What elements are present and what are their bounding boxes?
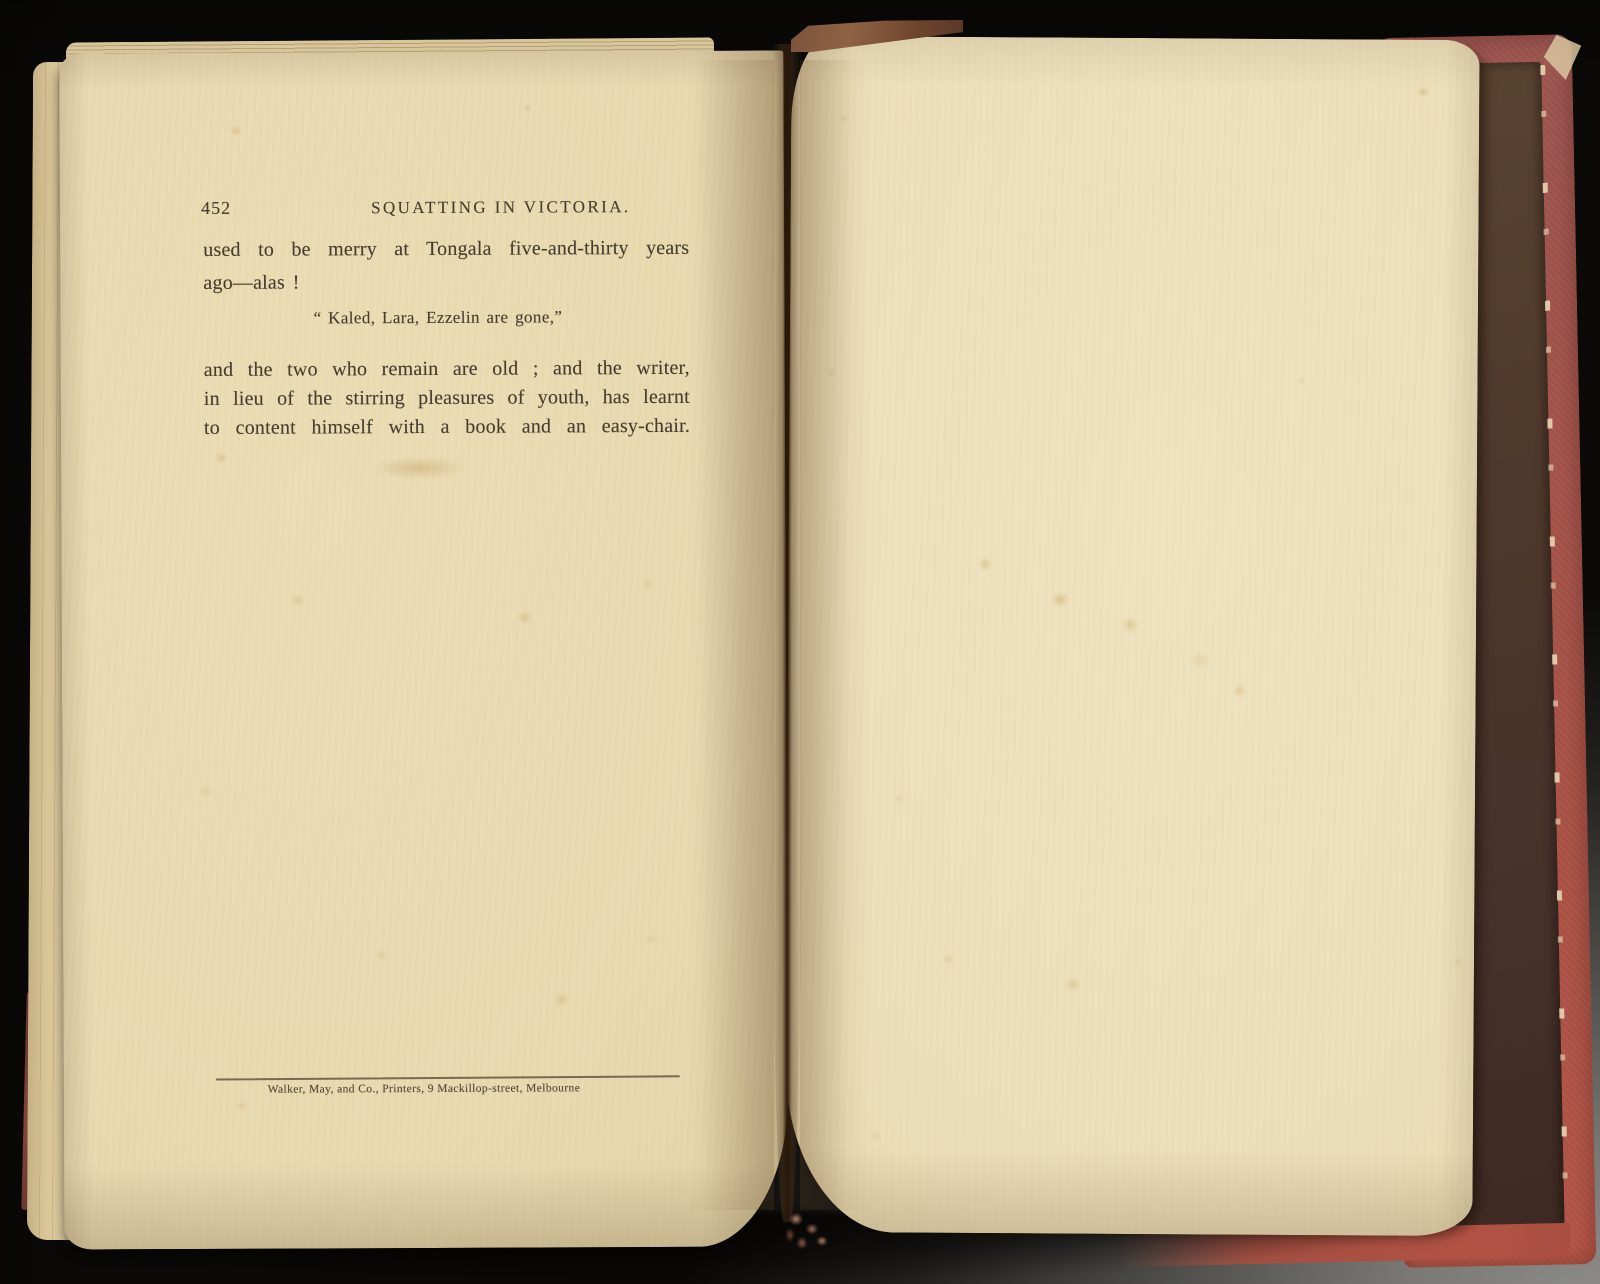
worn-cover-corner [1540, 33, 1582, 82]
right-page-blank [784, 36, 1479, 1236]
spine-fray-bottom [780, 1205, 838, 1260]
gutter-shading-left [688, 60, 774, 1210]
paragraph1-line1: used to be merry at Tongala five-and-thi… [203, 234, 689, 264]
paragraph2-line2: in lieu of the stirring pleasures of you… [204, 383, 690, 413]
paragraph2-line1: and the two who remain are old ; and the… [204, 354, 690, 384]
running-header: SQUATTING IN VICTORIA. [371, 197, 631, 218]
verse-quote: “ Kaled, Lara, Ezzelin are gone,” [314, 307, 563, 328]
gutter-shadow [772, 44, 802, 1222]
photo-background: 452 SQUATTING IN VICTORIA. used to be me… [0, 0, 1600, 1284]
left-page: 452 SQUATTING IN VICTORIA. used to be me… [59, 50, 788, 1249]
printer-imprint: Walker, May, and Co., Printers, 9 Mackil… [189, 1082, 659, 1096]
gutter-shading-right [800, 60, 870, 1210]
paragraph2-line3: to content himself with a book and an ea… [204, 412, 690, 442]
paragraph1-line2: ago—alas ! [203, 267, 689, 297]
imprint-rule [216, 1075, 680, 1080]
page-number: 452 [201, 198, 231, 219]
